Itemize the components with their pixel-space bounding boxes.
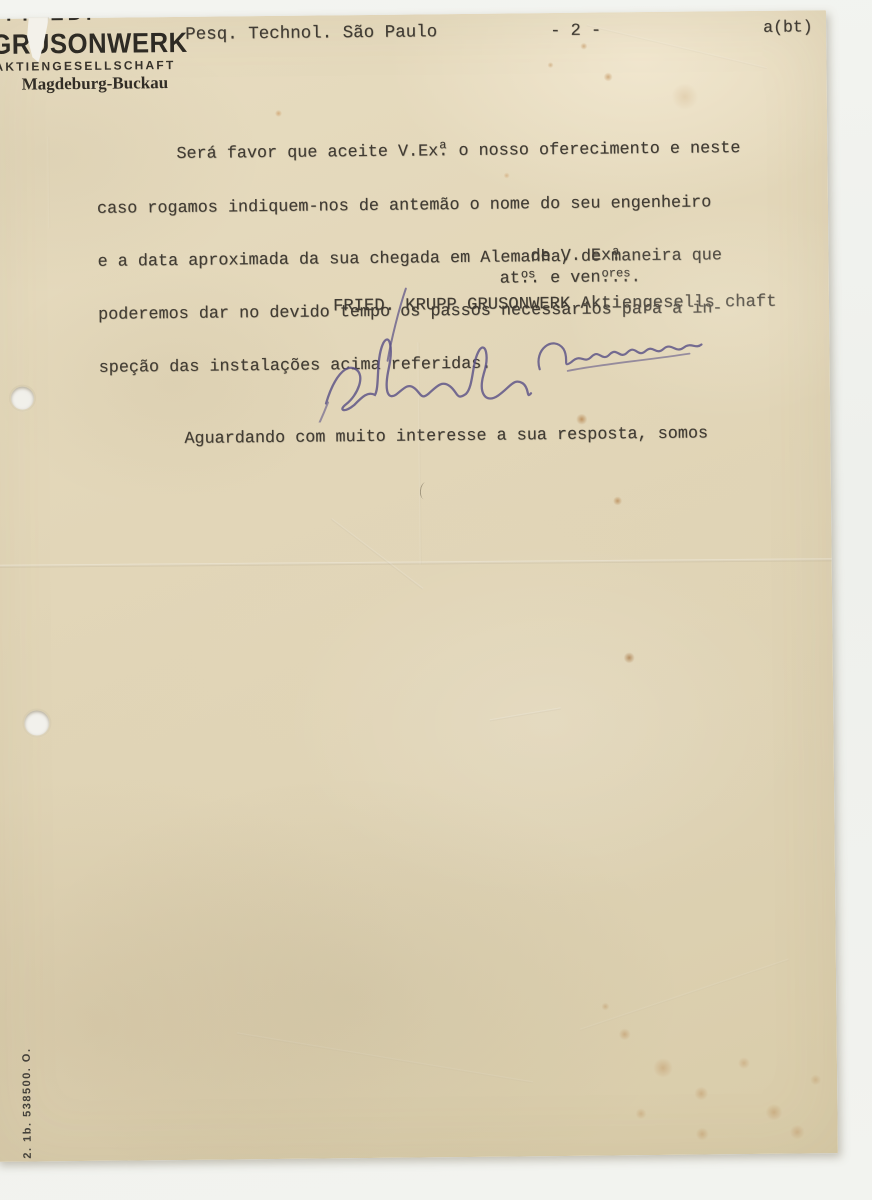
foxing-stain [619,1028,631,1040]
letterhead-legal-form: AKTIENGESELLSCHAFT [0,58,176,74]
signature-left-tail [317,402,329,422]
crease-mark [587,24,767,69]
signature-left [325,338,531,410]
page-number: - 2 - [550,22,601,42]
foxing-stain [765,1104,782,1121]
handwritten-signature-ink [317,283,718,422]
crease-mark [47,136,50,228]
crease-paren-mark [419,482,431,500]
letter-paper: FRIED. KRUPP GRUSONWERK AKTIENGESELLSCHA… [0,10,838,1162]
foxing-stain [547,62,553,68]
foxing-stain [624,652,635,663]
header-reference: a(bt) [763,17,813,37]
paragraph1-line3: e a data aproximada da sua chegada em Al… [97,246,799,271]
crease-mark [237,1032,533,1083]
superscript-a: a. [611,246,621,265]
crease-mark [490,707,561,721]
foxing-stain [810,1074,821,1085]
foxing-stain [635,1108,646,1119]
scanned-letter-page: { "colors": { "background": "#eef0ec", "… [0,0,872,1200]
paragraph1-line1: Será favor que aceite V.Exa. o nosso ofe… [96,140,798,165]
crease-mark [580,959,789,1031]
superscript-a: a. [438,144,448,162]
paragraph2: Aguardando com muito interesse a sua res… [99,424,801,449]
punch-hole-top [11,386,34,409]
foxing-stain [790,1124,805,1139]
letterhead-location: Magdeburg-Buckau [22,73,169,95]
signature-right-flourish [568,354,690,371]
foxing-stain [694,1086,708,1100]
foxing-stain [653,1058,673,1078]
closing-salutation: de V. Exa. [530,246,621,266]
foxing-stain [696,1127,709,1140]
foxing-stain [580,43,587,50]
header-subject: Pesq. Technol. São Paulo [185,22,437,45]
foxing-stain [613,496,622,505]
foxing-stain [604,72,613,81]
printer-code: 2. 1b. 538500. O. [21,1041,34,1159]
paragraph1-line2: caso rogamos indiquem-nos de antemão o n… [97,193,799,218]
foxing-stain [601,1003,609,1011]
foxing-stain [738,1057,750,1069]
crease-mark [331,518,424,589]
fold-crease [0,558,832,568]
punch-hole-bottom [24,710,49,735]
